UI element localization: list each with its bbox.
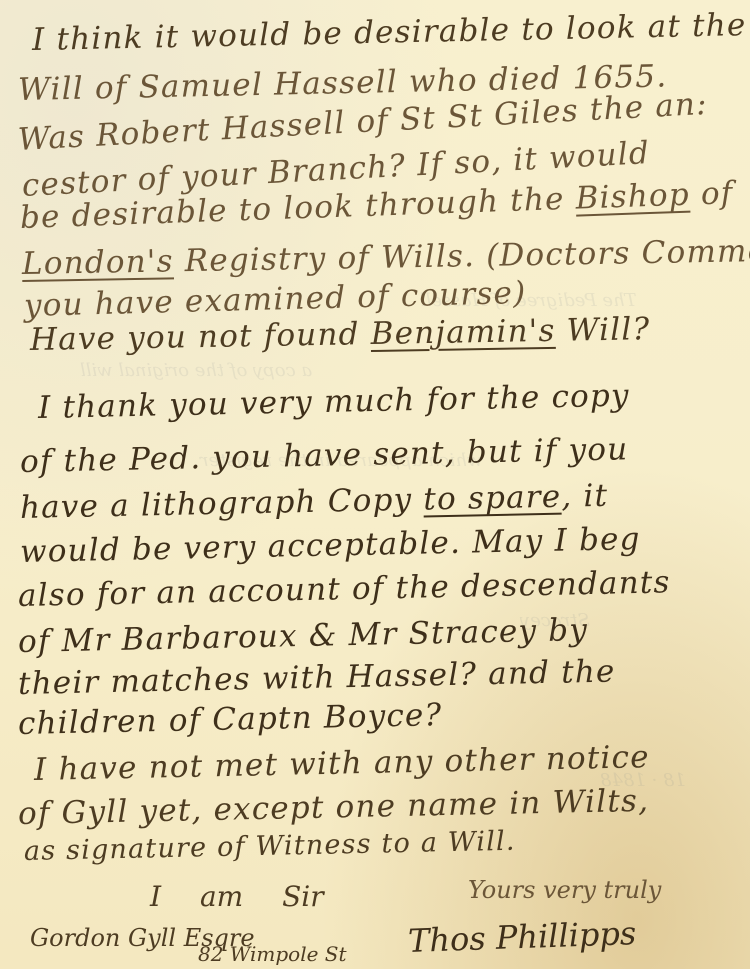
text-line: would be very acceptable. May I beg [20,521,641,570]
salutation-left: I am Sir [150,880,324,913]
text-line: I have not met with any other notice [34,739,650,788]
text-line: of the Ped. you have sent, but if you [20,431,629,480]
text-line: have a lithograph Copy to spare, it [20,478,609,526]
text-line: of Mr Barbaroux & Mr Stracey by [18,612,589,660]
text-line: London's Registry of Wills. (Doctors Com… [22,232,750,282]
signature: Thos Phillipps [407,914,636,960]
text-segment: Registry of Wills. (Doctors Commons [173,232,750,279]
bleed-through-text: a copy of the original will [80,360,312,381]
text-segment: Have you not found [30,316,371,358]
text-line: of Gyll yet, except one name in Wilts, [18,783,650,832]
letter-page: The Pedigree of Hassell a copy of the or… [0,0,750,969]
text-segment: Will? [555,311,650,349]
text-line: I think it would be desirable to look at… [32,7,747,58]
underlined-word: Benjamin's [370,313,556,352]
underlined-word: London's [22,243,174,282]
text-line: I thank you very much for the copy [38,378,630,426]
text-segment: , it [561,478,609,515]
text-line: their matches with Hassel? and the [18,653,616,702]
text-segment: have a lithograph Copy [20,482,424,526]
text-segment: of [689,175,734,212]
text-line: also for an account of the descendants [18,564,671,614]
underlined-word: to spare [423,479,562,518]
text-line: children of Captn Boyce? [18,697,443,742]
underlined-word: Bishop [575,177,690,217]
addressee-address: 82 Wimpole St [198,942,347,966]
text-line: as signature of Witness to a Will. [24,826,516,867]
salutation-right: Yours very truly [468,876,661,904]
